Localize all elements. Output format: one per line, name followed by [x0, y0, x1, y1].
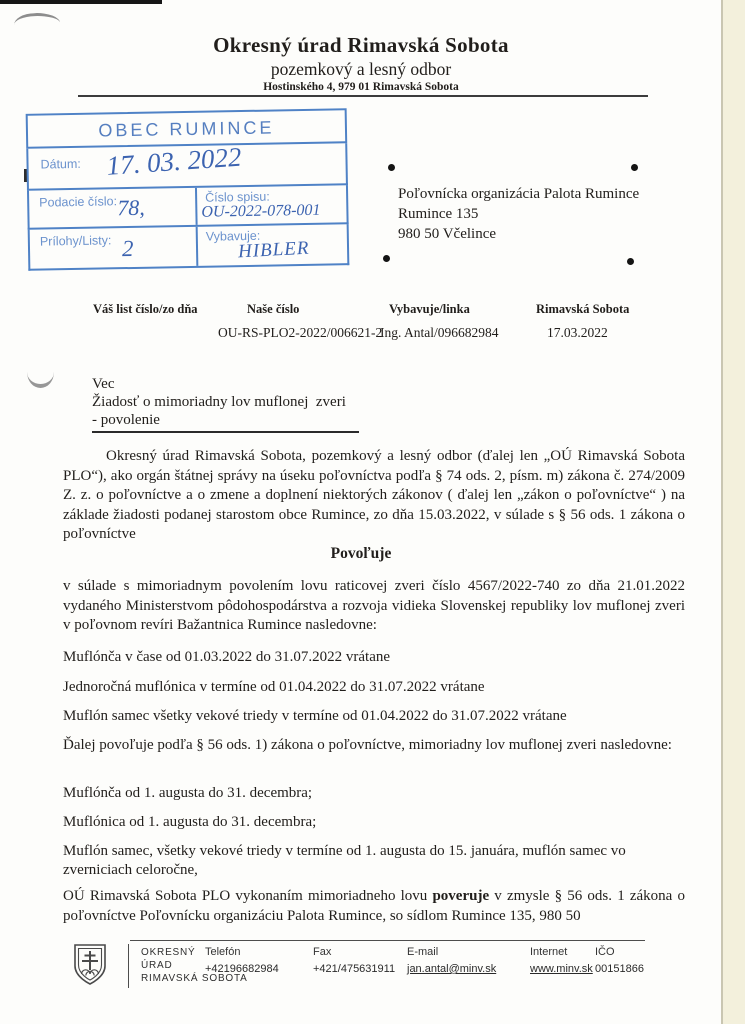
- subject-block: Vec Žiadosť o mimoriadny lov muflonej zv…: [92, 375, 359, 433]
- coat-of-arms-icon: [72, 942, 108, 988]
- footer-internet-value: www.minv.sk: [530, 963, 593, 975]
- stamp-handler-handwriting: HIBLER: [238, 238, 310, 264]
- permit-item-mouflon-lamb: Muflónča v čase od 01.03.2022 do 31.07.2…: [63, 648, 685, 668]
- permit-item-ram-autumn-line2: zverniciach celoročne,: [63, 861, 685, 881]
- authorization-text-start: OÚ Rimavská Sobota PLO vykonaním mimoria…: [63, 888, 432, 904]
- ref-our-number-value: OU-RS-PLO2-2022/006621-2: [218, 325, 382, 341]
- footer-fax-label: Fax: [313, 946, 331, 958]
- stamp-handler-cell: Vybavuje: HIBLER: [198, 224, 348, 266]
- body-paragraph-permit: v súlade s mimoriadnym povolením lovu ra…: [63, 577, 685, 636]
- authorization-keyword: poveruje: [432, 888, 489, 904]
- body-paragraph-intro: Okresný úrad Rimavská Sobota, pozemkový …: [63, 447, 685, 545]
- subject-label: Vec: [92, 375, 359, 393]
- permit-item-ram-all-classes: Muflón samec všetky vekové triedy v term…: [63, 707, 685, 727]
- stamp-enclosures-handwriting: 2: [122, 236, 134, 262]
- ref-your-letter-label: Váš list číslo/zo dňa: [93, 302, 198, 317]
- permit-item-ram-autumn-line1: Muflón samec, všetky vekové triedy v ter…: [63, 842, 685, 862]
- stamp-date-label: Dátum:: [40, 157, 81, 172]
- footer-phone-value: +42196682984: [205, 963, 279, 975]
- stamp-file-number-cell: Číslo spisu: OU-2022-078-001: [197, 185, 347, 225]
- footer-ico-value: 00151866: [595, 963, 644, 975]
- ref-handler-label: Vybavuje/linka: [389, 302, 470, 317]
- stamp-enclosures-label: Prílohy/Listy:: [40, 233, 112, 248]
- letterhead-divider-rule: [78, 95, 648, 97]
- stamp-filing-number-label: Podacie číslo:: [39, 194, 117, 209]
- stamp-date-handwriting: 17. 03. 2022: [106, 142, 243, 182]
- recipient-organization: Poľovnícka organizácia Palota Rumince: [398, 184, 639, 204]
- scan-edge-artifact: [0, 0, 162, 4]
- letterhead-address: Hostinského 4, 979 01 Rimavská Sobota: [0, 81, 722, 93]
- ref-our-number-label: Naše číslo: [247, 302, 299, 317]
- stamp-filing-number-cell: Podacie číslo: 78,: [29, 188, 198, 228]
- body-paragraph-further-permit: Ďalej povoľuje podľa § 56 ods. 1) zákona…: [63, 736, 685, 756]
- ref-place-label: Rimavská Sobota: [536, 302, 629, 317]
- punch-hole-mark: [27, 372, 54, 388]
- footer-fax-value: +421/475631911: [313, 963, 395, 975]
- subject-line2: - povolenie: [92, 411, 359, 429]
- stamp-filing-row: Podacie číslo: 78, Číslo spisu: OU-2022-…: [27, 185, 349, 230]
- permit-item-yearling-ewe: Jednoročná muflónica v termíne od 01.04.…: [63, 678, 685, 698]
- envelope-window-dot: [383, 255, 390, 262]
- stamp-filing-number-handwriting: 78,: [117, 195, 145, 221]
- ref-date-value: 17.03.2022: [547, 325, 608, 341]
- stamp-enclosures-cell: Prílohy/Listy: 2: [30, 227, 199, 269]
- recipient-street: Rumince 135: [398, 204, 639, 224]
- scan-curl-artifact: [14, 12, 60, 26]
- letterhead-department: pozemkový a lesný odbor: [0, 59, 722, 80]
- ref-handler-value: Ing. Antal/096682984: [380, 325, 499, 341]
- subject-line1: Žiadosť o mimoriadny lov muflonej zveri: [92, 393, 359, 411]
- footer-email-label: E-mail: [407, 946, 438, 958]
- envelope-window-dot: [631, 164, 638, 171]
- decision-heading: Povoľuje: [0, 545, 722, 563]
- stamp-file-number-handwriting: OU-2022-078-001: [201, 202, 320, 222]
- footer-ico-label: IČO: [595, 946, 615, 958]
- footer-vertical-divider: [128, 944, 129, 988]
- permit-item-ewe-autumn: Muflónica od 1. augusta do 31. decembra;: [63, 813, 685, 833]
- body-paragraph-authorization: OÚ Rimavská Sobota PLO vykonaním mimoria…: [63, 887, 685, 926]
- stamp-municipality-title: OBEC RUMINCE: [26, 108, 348, 149]
- permit-item-lamb-autumn: Muflónča od 1. augusta do 31. decembra;: [63, 784, 685, 804]
- scan-background-strip: [721, 0, 745, 1024]
- footer-internet-label: Internet: [530, 946, 567, 958]
- recipient-city: 980 50 Včelince: [398, 224, 639, 244]
- letterhead-office-title: Okresný úrad Rimavská Sobota: [0, 33, 722, 58]
- stamp-enclosures-row: Prílohy/Listy: 2 Vybavuje: HIBLER: [28, 224, 350, 271]
- registry-stamp: OBEC RUMINCE Dátum: 17. 03. 2022 Podacie…: [26, 108, 350, 271]
- envelope-window-dot: [388, 164, 395, 171]
- footer-divider-rule: [130, 940, 645, 941]
- stamp-date-row: Dátum: 17. 03. 2022: [26, 143, 348, 191]
- envelope-window-dot: [627, 258, 634, 265]
- footer-phone-label: Telefón: [205, 946, 240, 958]
- footer-email-value: jan.antal@minv.sk: [407, 963, 496, 975]
- recipient-address-block: Poľovnícka organizácia Palota Rumince Ru…: [398, 184, 639, 244]
